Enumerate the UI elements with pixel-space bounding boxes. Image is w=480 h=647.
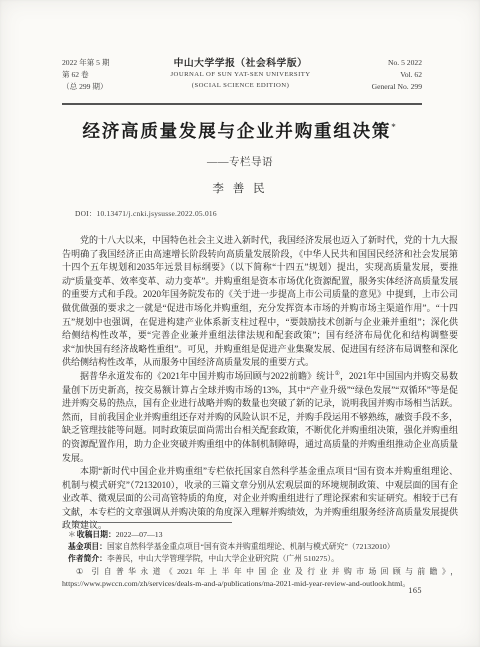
- fund-label: 基金项目：: [68, 542, 107, 551]
- issue-info-en: No. 5 2022 Vol. 62 General No. 299: [372, 57, 422, 93]
- article-title-text: 经济高质量发展与企业并购重组决策: [82, 121, 391, 141]
- general-issue-line: （总 299 期）: [62, 81, 109, 93]
- received-marker: ＊: [68, 530, 76, 539]
- article-body: 党的十八大以来，中国特色社会主义进入新时代，我国经济发展也迈入了新时代，党的十九…: [62, 234, 458, 533]
- journal-name-cn: 中山大学学报（社会科学版）: [171, 57, 311, 70]
- paragraph-2-text: 据普华永道发布的《2021年中国并购市场回顾与2022前瞻》统计: [80, 371, 334, 381]
- footnote-1-marker: ①: [76, 567, 87, 576]
- masthead-rule: [62, 103, 422, 105]
- doi-line: DOI：10.13471/j.cnki.jsysusse.2022.05.016: [75, 208, 217, 219]
- article-title: 经济高质量发展与企业并购重组决策*: [0, 118, 480, 143]
- footnotes-block: ＊收稿日期：2022—07—13 基金项目：国家自然科学基金重点项目“国有资本并…: [62, 529, 458, 590]
- paragraph-2: 据普华永道发布的《2021年中国并购市场回顾与2022前瞻》统计①，2021年中…: [62, 370, 458, 465]
- author-name: 李 善 民: [0, 180, 480, 196]
- journal-edition-en: (SOCIAL SCIENCE EDITION): [171, 81, 311, 92]
- page-number: 165: [62, 586, 422, 595]
- footnote-separator-rule: [72, 522, 232, 523]
- received-date-line: ＊收稿日期：2022—07—13: [62, 529, 458, 541]
- article-subtitle: ——专栏导语: [0, 154, 480, 169]
- author-bio-line: 作者简介：李善民，中山大学管理学院，中山大学企业研究院（广州 510275）。: [62, 553, 458, 565]
- issue-info-cn: 2022 年第 5 期 第 62 卷 （总 299 期）: [62, 57, 109, 93]
- received-label: 收稿日期：: [77, 530, 116, 539]
- issue-line: 2022 年第 5 期: [62, 57, 109, 69]
- volume-line: 第 62 卷: [62, 69, 109, 81]
- issue-line-en: No. 5 2022: [372, 57, 422, 69]
- title-footnote-marker: *: [391, 122, 397, 132]
- fund-value: 国家自然科学基金重点项目“国有资本并购重组理论、机制与模式研究”（7213201…: [107, 542, 395, 551]
- bio-label: 作者简介：: [68, 554, 107, 563]
- paragraph-2-text-cont: ，2021年中国国内并购交易数量创下历史新高，按交易额计算占全球并购市场的13%…: [62, 371, 458, 463]
- journal-masthead: 2022 年第 5 期 第 62 卷 （总 299 期） 中山大学学报（社会科学…: [62, 57, 422, 93]
- fund-project-line: 基金项目：国家自然科学基金重点项目“国有资本并购重组理论、机制与模式研究”（72…: [62, 541, 458, 553]
- bio-value: 李善民，中山大学管理学院，中山大学企业研究院（广州 510275）。: [107, 554, 339, 563]
- footnote-1-text: 引自普华永道《2021年上半年中国企业及行业并购市场回顾与前瞻》，https:/…: [62, 567, 458, 588]
- received-value: 2022—07—13: [116, 530, 163, 539]
- paragraph-1: 党的十八大以来，中国特色社会主义进入新时代，我国经济发展也迈入了新时代，党的十九…: [62, 234, 458, 370]
- journal-name-block: 中山大学学报（社会科学版） JOURNAL OF SUN YAT-SEN UNI…: [171, 57, 311, 91]
- journal-name-en: JOURNAL OF SUN YAT-SEN UNIVERSITY: [171, 70, 311, 81]
- journal-page: 2022 年第 5 期 第 62 卷 （总 299 期） 中山大学学报（社会科学…: [0, 0, 480, 647]
- volume-line-en: Vol. 62: [372, 69, 422, 81]
- general-issue-line-en: General No. 299: [372, 81, 422, 93]
